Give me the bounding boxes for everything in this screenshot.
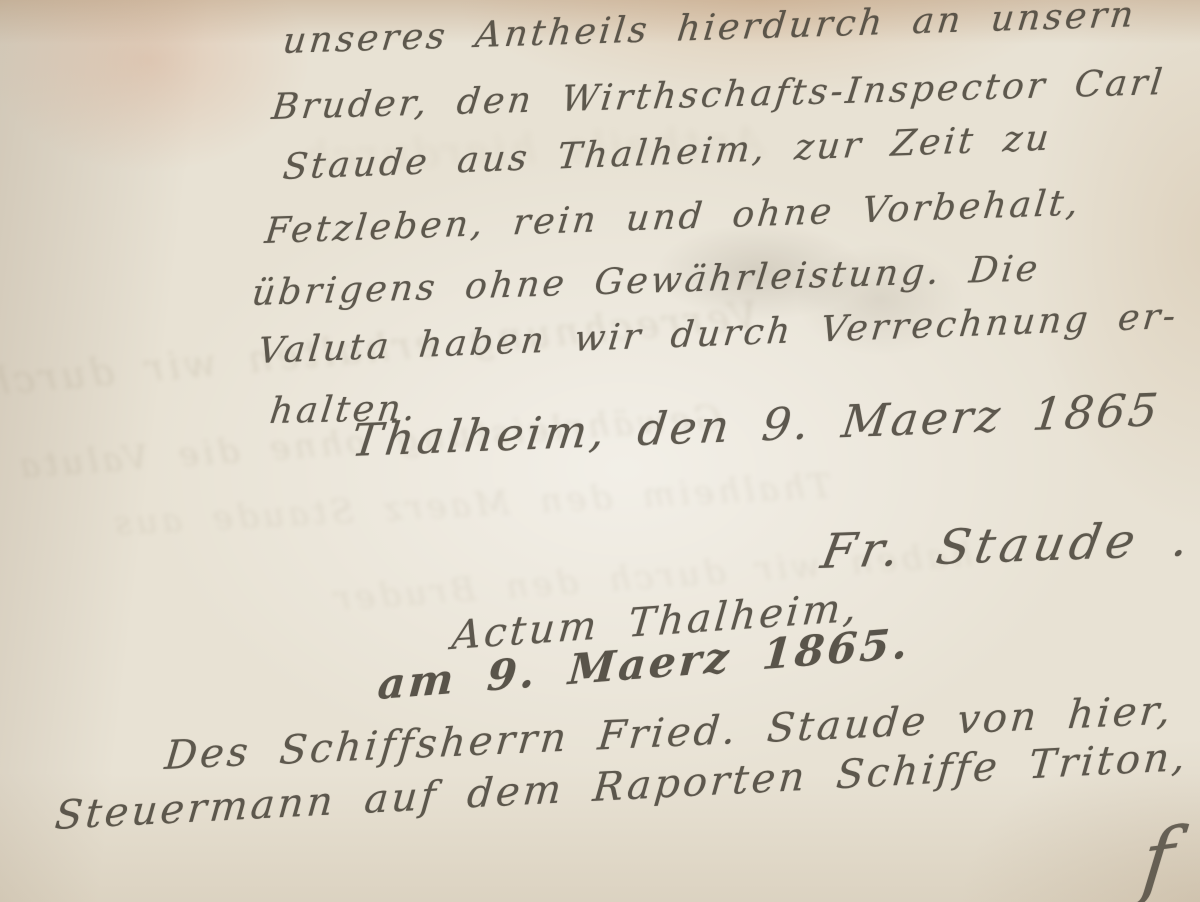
handwritten-line-2: Bruder, den Wirthschafts-Inspector Carl [270,65,1167,126]
bleed-through-ghost-text: Thalheim den Maerz Staude aus [110,469,833,541]
handwritten-line-4: Fetzleben, rein und ohne Vorbehalt, [263,186,1083,250]
signature: Fr. Staude . [818,515,1198,576]
document-photo: Antheils hierdurch Verrechnung erhalten … [0,0,1200,902]
corner-flourish: f [1138,818,1181,902]
handwritten-line-1: unseres Antheils hierdurch an unsern [281,0,1138,60]
dateline: Thalheim, den 9. Maerz 1865 [349,387,1163,463]
